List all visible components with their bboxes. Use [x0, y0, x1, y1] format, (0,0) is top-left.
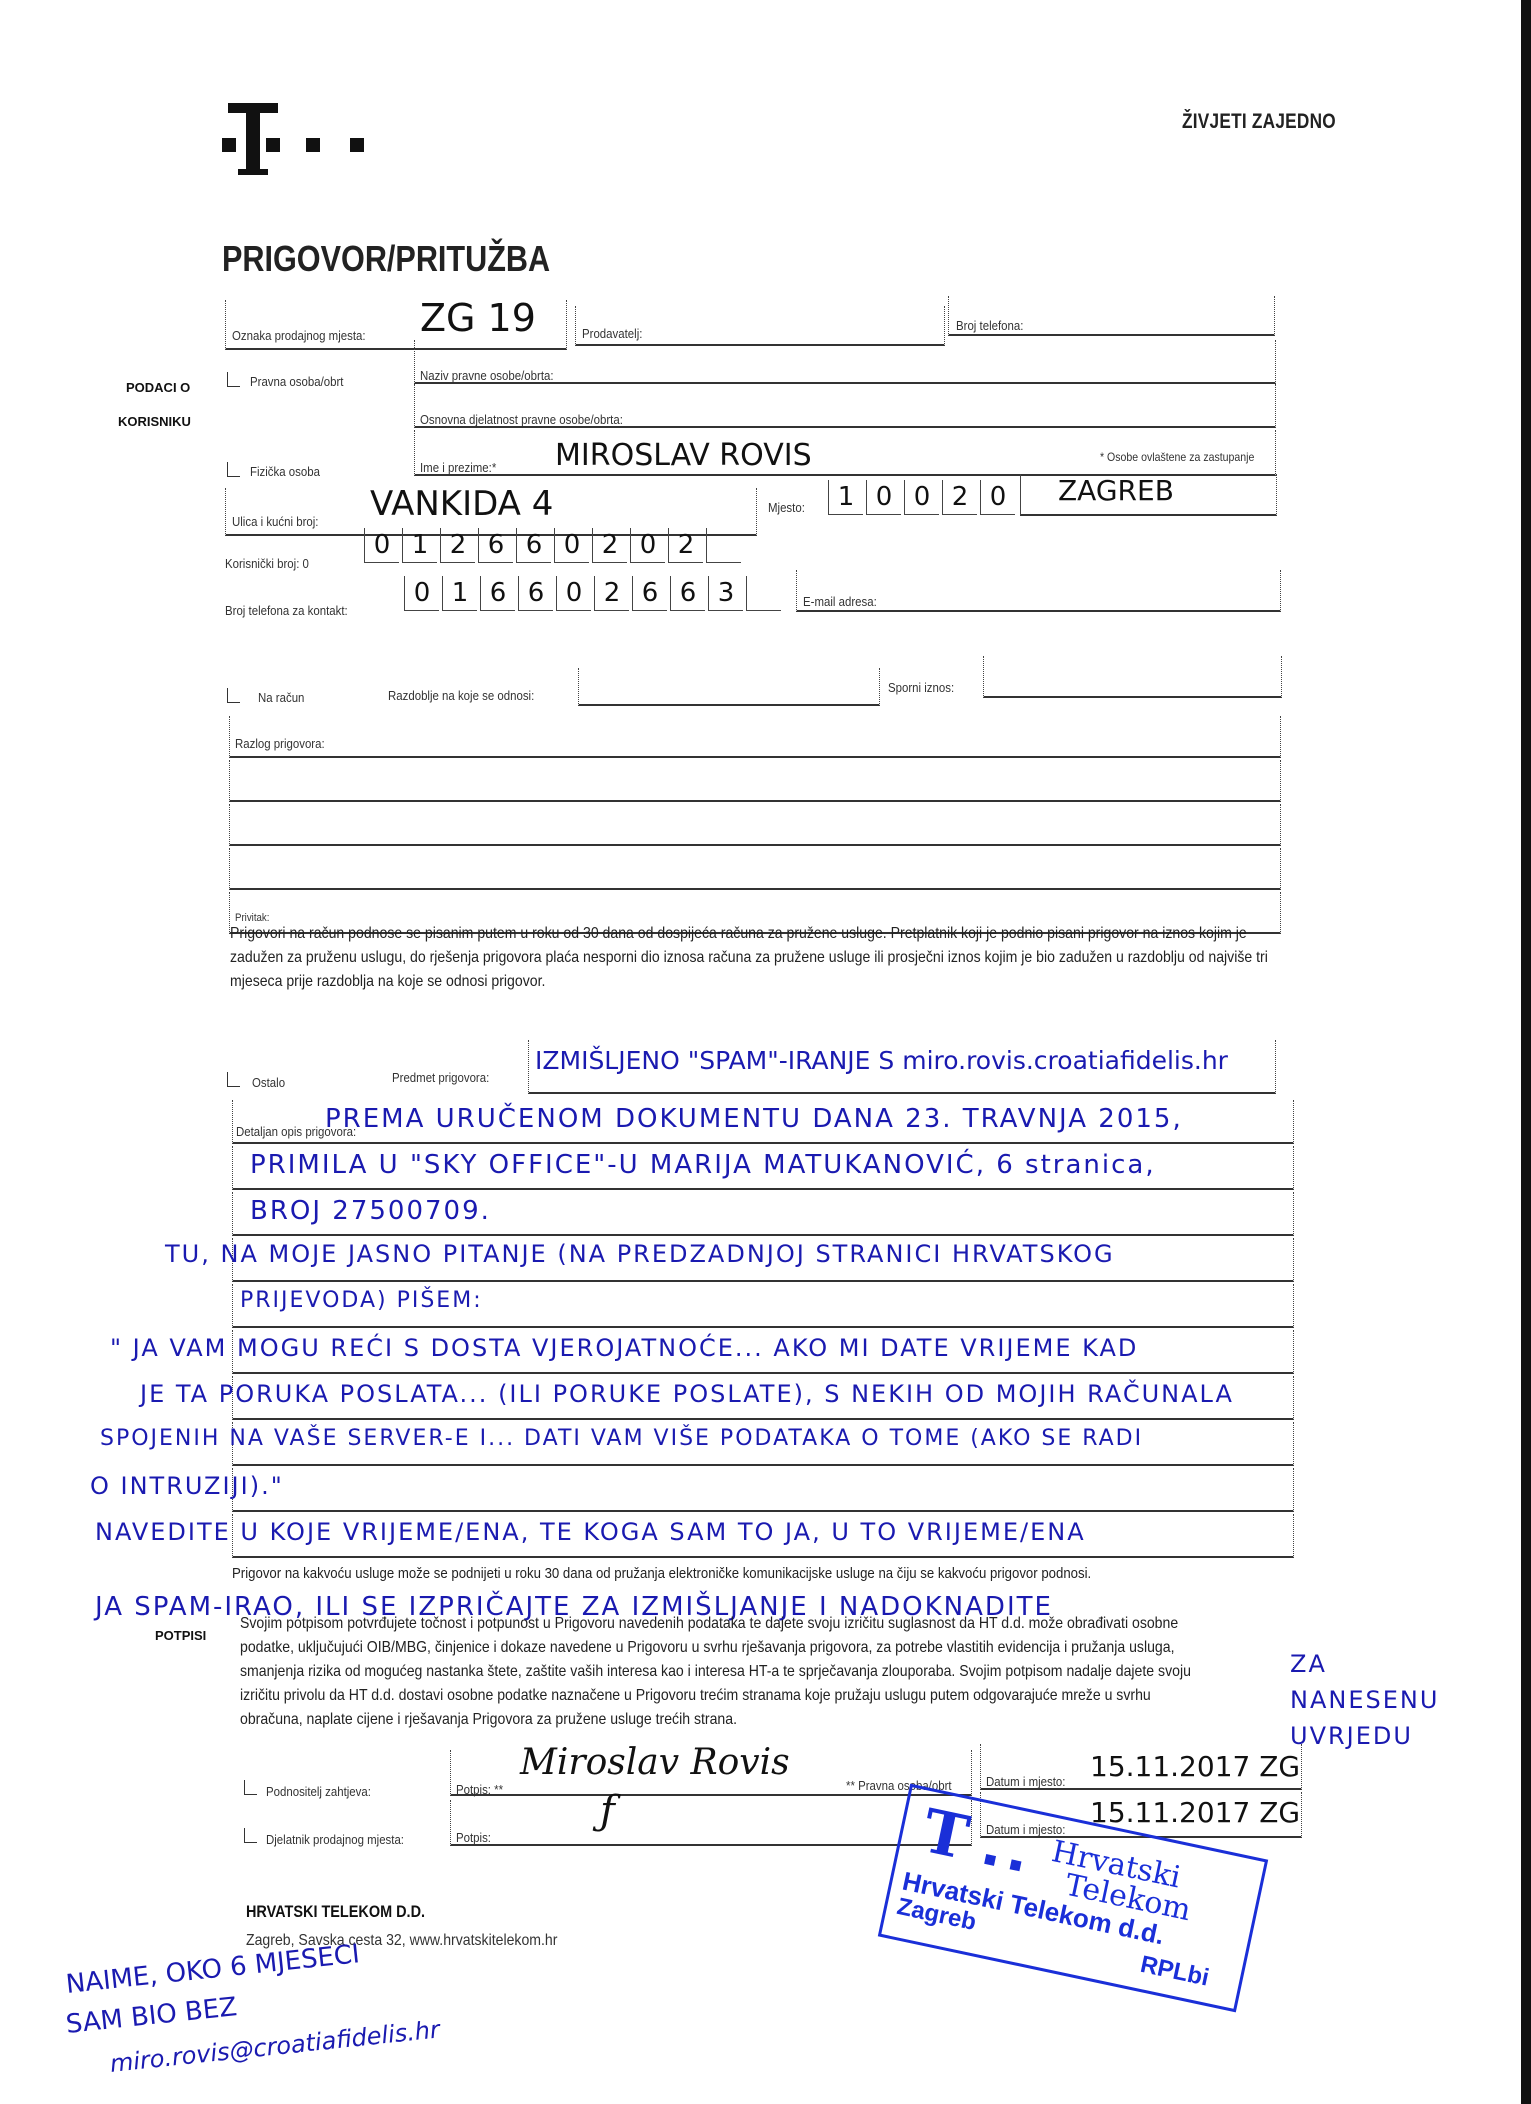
- stamp-square-icon: [1010, 1859, 1022, 1871]
- reason-line[interactable]: [229, 760, 1281, 802]
- legal-entity-label: Pravna osoba/obrt: [250, 374, 343, 389]
- reason-line[interactable]: [229, 804, 1281, 846]
- reason-line[interactable]: [229, 848, 1281, 890]
- user-number-label: Korisnički broj: 0: [225, 556, 309, 571]
- contact-phone-label: Broj telefona za kontakt:: [225, 603, 348, 618]
- logo-square-icon: [222, 138, 236, 152]
- digit-box[interactable]: 2: [594, 576, 629, 611]
- natural-person-label: Fizička osoba: [250, 464, 320, 479]
- employee-checkbox[interactable]: [244, 1828, 257, 1843]
- disputed-amount-label: Sporni iznos:: [888, 680, 954, 695]
- bottom-note-line: NAIME, OKO 6 MJESECI: [64, 1939, 361, 2000]
- section-label-customer-1: PODACI O: [126, 380, 190, 395]
- invoice-label: Na račun: [258, 690, 304, 705]
- digit-box[interactable]: 1: [442, 576, 477, 611]
- digit-box[interactable]: 0: [404, 576, 439, 611]
- detail-handwriting-line: JE TA PORUKA POSLATA... (ILI PORUKE POSL…: [140, 1380, 1234, 1408]
- page-title: PRIGOVOR/PRITUŽBA: [222, 238, 550, 280]
- digit-box[interactable]: 2: [942, 480, 977, 515]
- stamp-t-logo: T: [918, 1801, 974, 1869]
- employee-signature-field[interactable]: [450, 1800, 972, 1846]
- digit-box[interactable]: [706, 528, 741, 563]
- seller-label: Prodavatelj:: [582, 326, 642, 341]
- reason-field[interactable]: [229, 716, 1281, 758]
- subject-value: IZMIŠLJENO "SPAM"-IRANJE S miro.rovis.cr…: [535, 1046, 1228, 1075]
- detail-handwriting-line: PRIJEVODA) PIŠEM:: [240, 1288, 483, 1313]
- digit-box[interactable]: 6: [632, 576, 667, 611]
- tagline: ŽIVJETI ZAJEDNO: [1182, 110, 1336, 134]
- logo-square-icon: [266, 138, 280, 152]
- detail-handwriting-line: " JA VAM MOGU REĆI S DOSTA VJEROJATNOĆE.…: [110, 1334, 1138, 1362]
- section-label-customer-2: KORISNIKU: [118, 414, 191, 429]
- digit-box[interactable]: 2: [668, 528, 703, 563]
- name-value: MIROSLAV ROVIS: [555, 438, 812, 473]
- detail-handwriting-line: ZA NANESENU UVRJEDU: [1290, 1646, 1470, 1754]
- consent-text: Svojim potpisom potvrđujete točnost i po…: [240, 1612, 1199, 1732]
- applicant-signature: Miroslav Rovis: [520, 1742, 790, 1783]
- applicant-label: Podnositelj zahtjeva:: [266, 1784, 371, 1799]
- digit-box[interactable]: 1: [402, 528, 437, 563]
- detail-handwriting-line: BROJ 27500709.: [250, 1196, 491, 1226]
- digit-box[interactable]: 6: [670, 576, 705, 611]
- invoice-notice: Prigovori na račun podnose se pisanim pu…: [230, 922, 1268, 994]
- logo-square-icon: [306, 138, 320, 152]
- natural-person-checkbox[interactable]: [227, 462, 240, 477]
- street-label: Ulica i kućni broj:: [232, 514, 318, 529]
- period-field[interactable]: [578, 668, 880, 706]
- digit-box[interactable]: 0: [556, 576, 591, 611]
- subject-label: Predmet prigovora:: [392, 1070, 489, 1085]
- detail-line[interactable]: [232, 1468, 1294, 1512]
- quality-notice: Prigovor na kakvoću usluge može se podni…: [232, 1562, 1235, 1586]
- digit-box[interactable]: 2: [592, 528, 627, 563]
- city-value: ZAGREB: [1058, 474, 1174, 507]
- digit-box[interactable]: 0: [980, 480, 1015, 515]
- sales-point-label: Oznaka prodajnog mjesta:: [232, 328, 366, 343]
- signatures-section-label: POTPISI: [155, 1628, 206, 1643]
- invoice-checkbox[interactable]: [227, 688, 240, 703]
- legal-entity-checkbox[interactable]: [227, 372, 240, 387]
- digit-box[interactable]: [746, 576, 781, 611]
- disputed-amount-field[interactable]: [983, 656, 1282, 698]
- applicant-checkbox[interactable]: [244, 1780, 257, 1795]
- digit-box[interactable]: 2: [440, 528, 475, 563]
- digit-box[interactable]: 6: [478, 528, 513, 563]
- other-label: Ostalo: [252, 1075, 285, 1090]
- detail-handwriting-line: O INTRUZIJI).": [90, 1472, 284, 1500]
- detail-handwriting-line: TU, NA MOJE JASNO PITANJE (NA PREDZADNJO…: [165, 1240, 1115, 1268]
- name-label: Ime i prezime:*: [420, 460, 496, 475]
- employee-label: Djelatnik prodajnog mjesta:: [266, 1832, 404, 1847]
- digit-box[interactable]: 6: [480, 576, 515, 611]
- reason-label: Razlog prigovora:: [235, 736, 325, 751]
- legal-name-label: Naziv pravne osobe/obrta:: [420, 368, 554, 383]
- digit-box[interactable]: 0: [866, 480, 901, 515]
- digit-box[interactable]: 6: [516, 528, 551, 563]
- digit-box[interactable]: 0: [630, 528, 665, 563]
- applicant-signature-label: Potpis: **: [456, 1782, 503, 1797]
- digit-box[interactable]: 6: [518, 576, 553, 611]
- digit-box[interactable]: 3: [708, 576, 743, 611]
- digit-box[interactable]: 0: [554, 528, 589, 563]
- digit-box[interactable]: 1: [828, 480, 863, 515]
- detail-handwriting-line: SPOJENIH NA VAŠE SERVER-E I... DATI VAM …: [100, 1426, 1143, 1451]
- period-label: Razdoblje na koje se odnosi:: [388, 688, 534, 703]
- bottom-note-line: SAM BIO BEZ: [64, 1992, 238, 2040]
- footer-company: HRVATSKI TELEKOM D.D.: [246, 1902, 425, 1922]
- stamp-square-icon: [984, 1854, 996, 1866]
- detail-handwriting-line: PREMA URUČENOM DOKUMENTU DANA 23. TRAVNJ…: [325, 1104, 1183, 1134]
- phone-label: Broj telefona:: [956, 318, 1023, 333]
- employee-signature: ƒ: [600, 1788, 615, 1834]
- stamp-line5: RPLbi: [1138, 1951, 1212, 1993]
- detail-handwriting-line: PRIMILA U "SKY OFFICE"-U MARIJA MATUKANO…: [250, 1150, 1156, 1180]
- email-label: E-mail adresa:: [803, 594, 877, 609]
- sales-point-value: ZG 19: [420, 296, 536, 340]
- applicant-date-value: 15.11.2017 ZG: [1090, 1750, 1300, 1783]
- street-value: VANKIDA 4: [370, 484, 553, 524]
- legal-activity-label: Osnovna djelatnost pravne osobe/obrta:: [420, 412, 623, 427]
- authorized-note: * Osobe ovlaštene za zastupanje: [1100, 450, 1254, 464]
- employee-signature-label: Potpis:: [456, 1830, 491, 1845]
- employee-date-value: 15.11.2017 ZG: [1090, 1796, 1300, 1829]
- applicant-date-label: Datum i mjesto:: [986, 1774, 1065, 1789]
- logo-square-icon: [350, 138, 364, 152]
- scan-edge: [1521, 0, 1531, 2104]
- city-label: Mjesto:: [768, 500, 805, 515]
- digit-box[interactable]: 0: [904, 480, 939, 515]
- digit-box[interactable]: 0: [364, 528, 399, 563]
- other-checkbox[interactable]: [227, 1072, 240, 1087]
- detail-handwriting-line: NAVEDITE U KOJE VRIJEME/ENA, TE KOGA SAM…: [95, 1518, 1086, 1546]
